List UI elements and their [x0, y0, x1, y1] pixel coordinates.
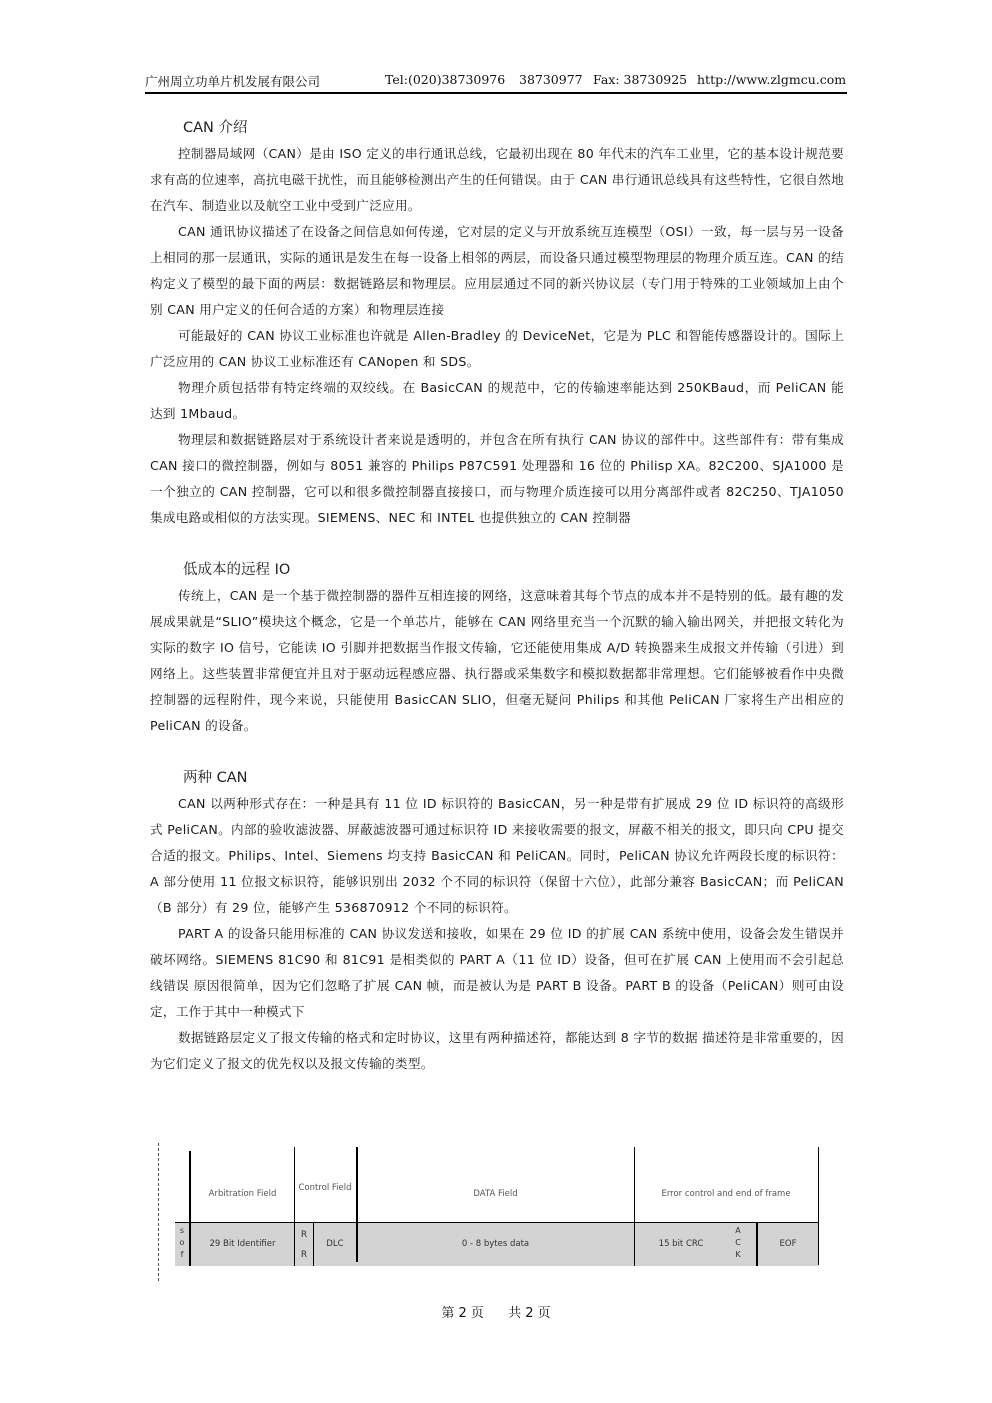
paragraph: 物理层和数据链路层对于系统设计者来说是透明的，并包含在所有执行 CAN 协议的部… — [150, 427, 844, 531]
divider — [356, 1147, 358, 1222]
divider — [818, 1147, 819, 1265]
cell-rr: R R — [296, 1225, 312, 1265]
divider — [634, 1222, 635, 1266]
section-title-can-intro: CAN 介绍 — [150, 115, 844, 141]
paragraph: 物理介质包括带有特定终端的双绞线。在 BasicCAN 的规范中，它的传输速率能… — [150, 375, 844, 427]
cell-data: 0 - 8 bytes data — [358, 1238, 633, 1250]
section-title-two-can: 两种 CAN — [150, 765, 844, 791]
cell-eof: EOF — [758, 1238, 818, 1250]
paragraph: PART A 的设备只能用标准的 CAN 协议发送和接收，如果在 29 位 ID… — [150, 921, 844, 1025]
document-body: CAN 介绍 控制器局域网（CAN）是由 ISO 定义的串行通讯总线，它最初出现… — [150, 115, 844, 1077]
cell-sof: s o f — [176, 1225, 188, 1261]
header-divider — [145, 92, 847, 94]
dashed-boundary — [158, 1143, 159, 1281]
label-error-control-field: Error control and end of frame — [635, 1189, 817, 1200]
spacer — [150, 739, 844, 765]
divider — [294, 1222, 295, 1266]
header-url: http://www.zlgmcu.com — [697, 72, 846, 87]
page-footer: 第 2 页 共 2 页 — [0, 1302, 992, 1321]
page-header: 广州周立功单片机发展有限公司 Tel:(020)38730976 3873097… — [145, 70, 845, 92]
label-data-field: DATA Field — [358, 1189, 633, 1200]
paragraph: CAN 通讯协议描述了在设备之间信息如何传递，它对层的定义与开放系统互连模型（O… — [150, 219, 844, 323]
section-title-remote-io: 低成本的远程 IO — [150, 557, 844, 583]
header-fax: Fax: 38730925 — [593, 72, 687, 87]
can-frame-diagram: Arbitration Field Control Field DATA Fie… — [158, 1143, 828, 1283]
paragraph: 传统上，CAN 是一个基于微控制器的器件互相连接的网络，这意味着其每个节点的成本… — [150, 583, 844, 739]
label-arbitration-field: Arbitration Field — [191, 1189, 294, 1200]
paragraph: 数据链路层定义了报文传输的格式和定时协议，这里有两种描述符，都能达到 8 字节的… — [150, 1025, 844, 1077]
paragraph: 可能最好的 CAN 协议工业标准也许就是 Allen-Bradley 的 Dev… — [150, 323, 844, 375]
header-company: 广州周立功单片机发展有限公司 — [145, 72, 320, 90]
header-tel: Tel:(020)38730976 — [385, 72, 505, 87]
page-total: 共 2 页 — [508, 1306, 551, 1321]
paragraph: 控制器局域网（CAN）是由 ISO 定义的串行通讯总线，它最初出现在 80 年代… — [150, 141, 844, 219]
spacer — [150, 531, 844, 557]
page-number: 第 2 页 — [441, 1306, 484, 1321]
paragraph: CAN 以两种形式存在：一种是具有 11 位 ID 标识符的 BasicCAN，… — [150, 791, 844, 921]
cell-identifier: 29 Bit Identifier — [191, 1238, 294, 1250]
label-control-field: Control Field — [295, 1183, 355, 1194]
cell-ack: A C K — [732, 1225, 744, 1261]
cell-crc: 15 bit CRC — [636, 1238, 726, 1250]
header-tel2: 38730977 — [519, 72, 583, 87]
cell-dlc: DLC — [314, 1238, 356, 1250]
